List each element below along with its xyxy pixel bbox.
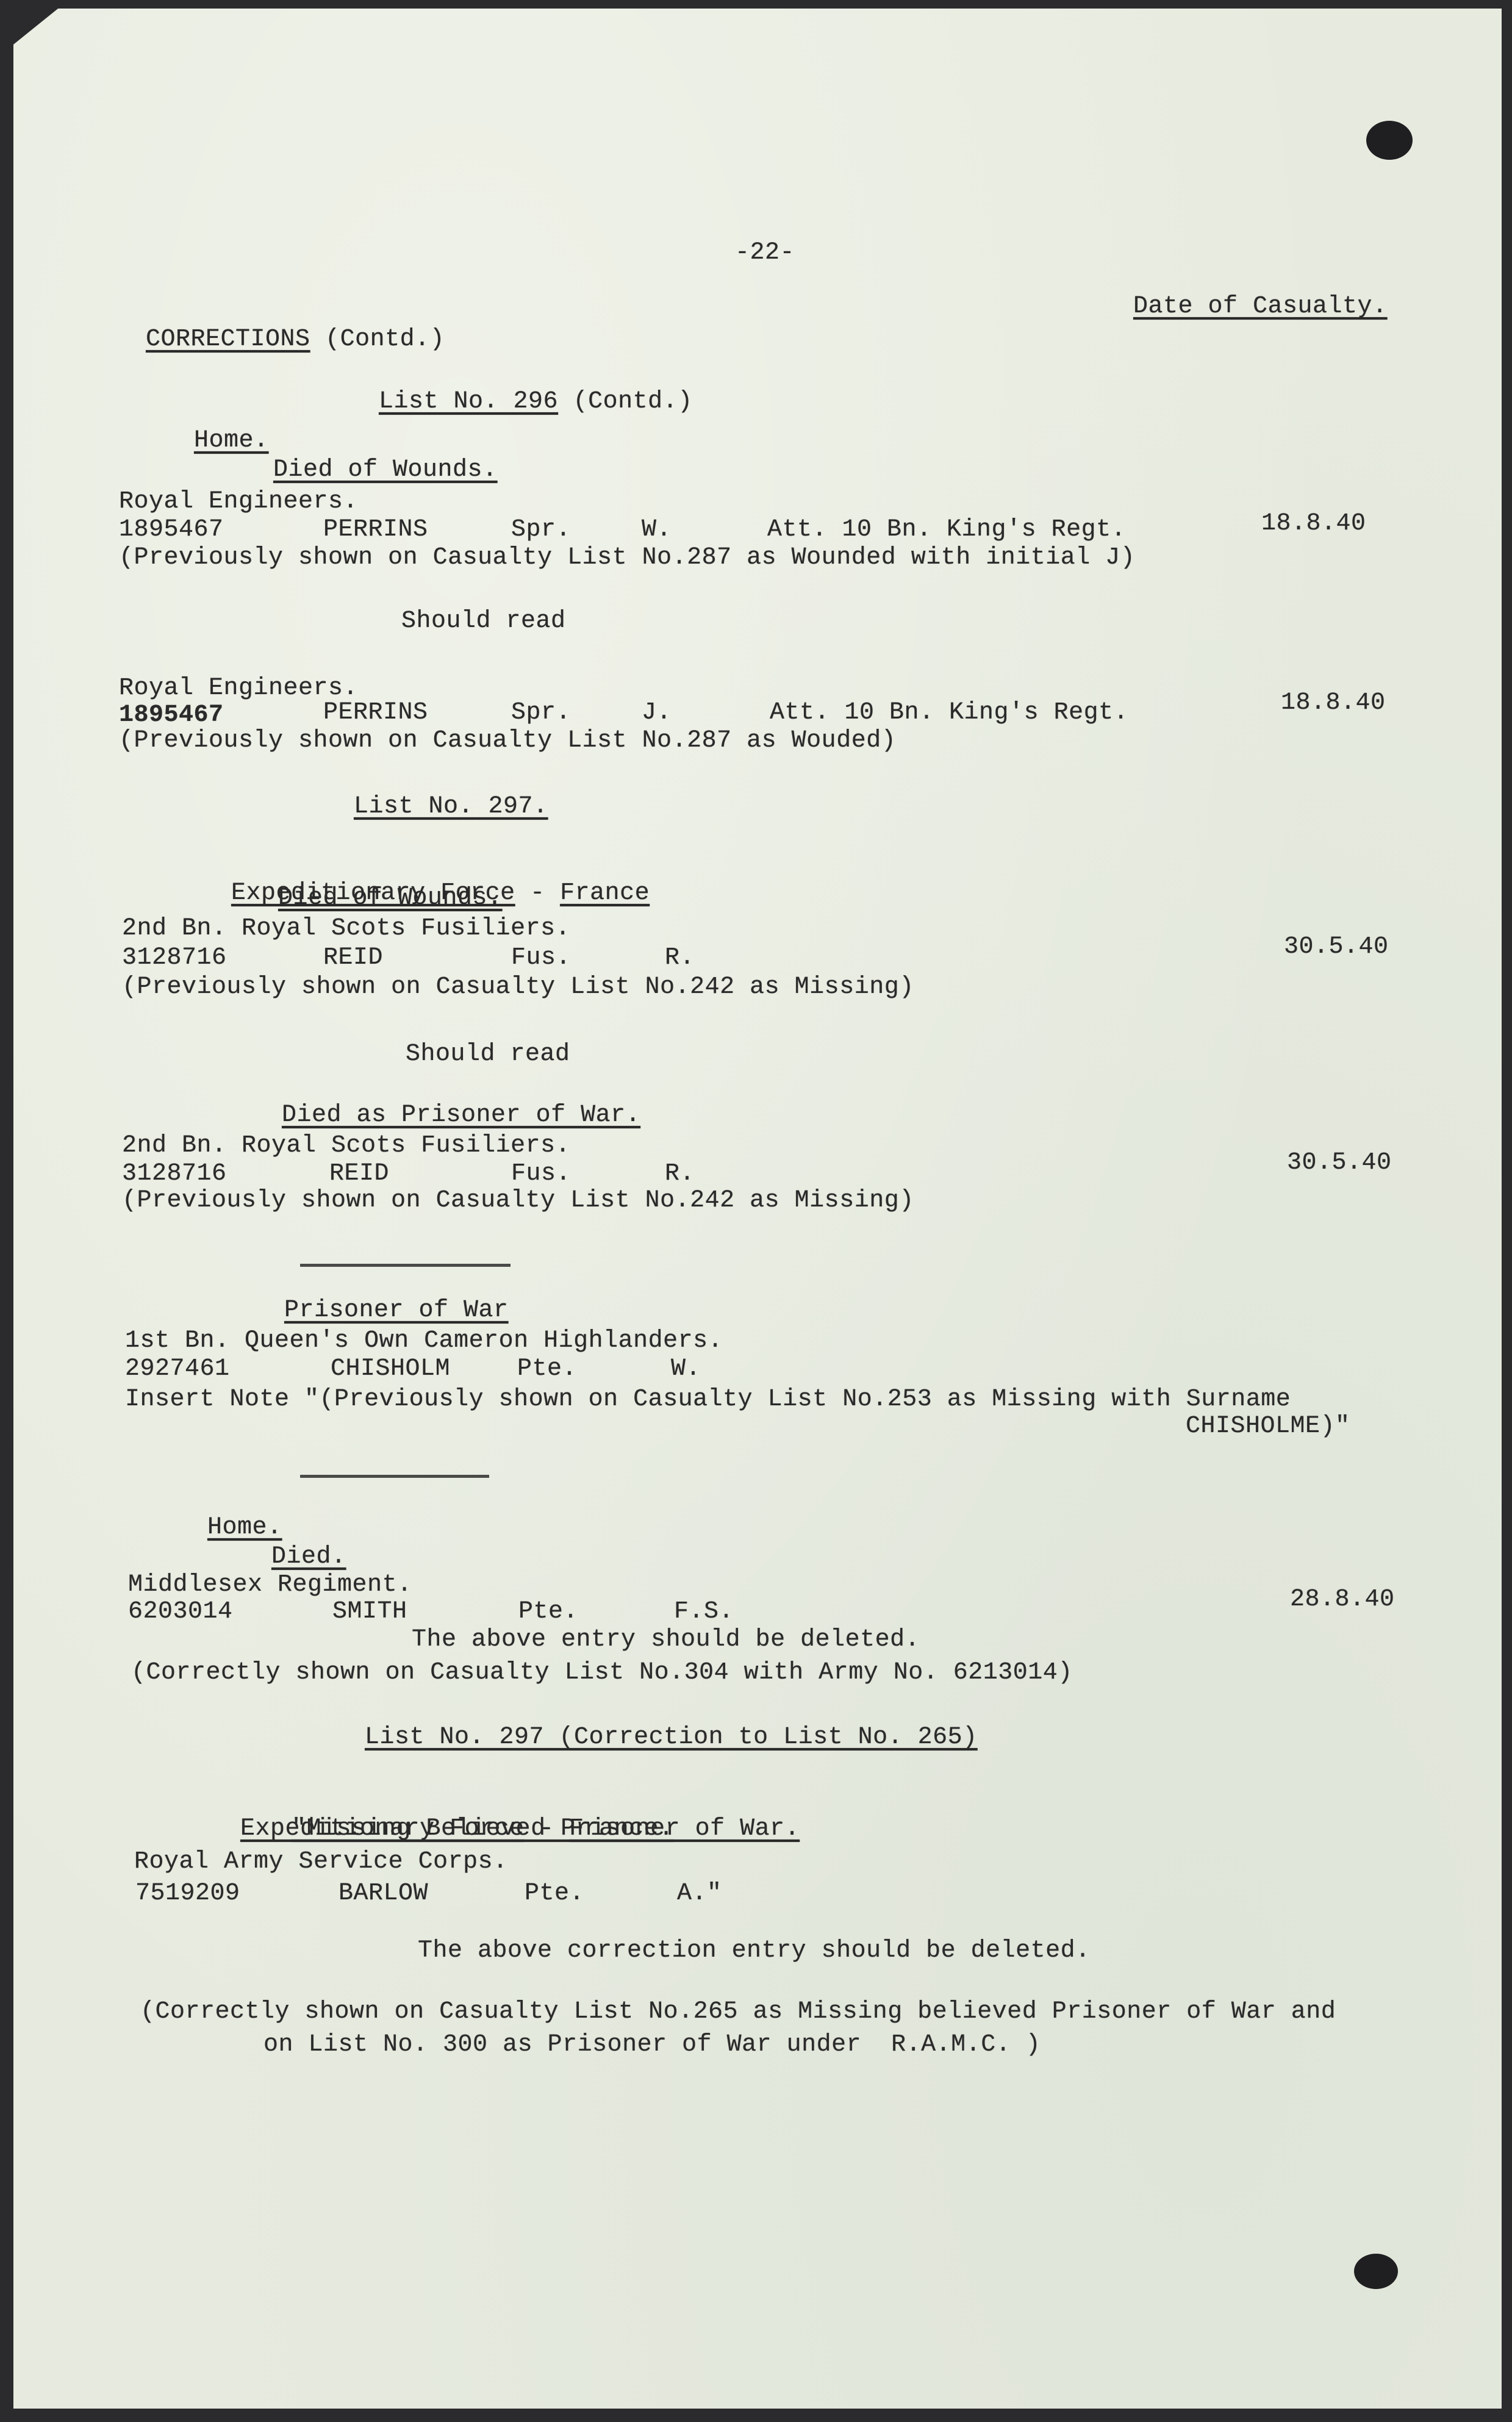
casualty-date: 28.8.40 [1290,1586,1395,1614]
page-number: -22- [735,239,795,267]
theatre-separator: - [515,880,561,907]
initials: W. [671,1355,701,1383]
theatre-home: Home. [194,427,269,455]
date-column-label: Date of Casualty. [1133,293,1388,321]
separator-rule [300,1264,511,1267]
list-296-suffix: (Contd.) [573,388,693,415]
surname: CHISHOLM [331,1355,450,1383]
should-read-label: Should read [406,1041,570,1069]
separator-rule [300,1475,489,1478]
list-296-label: List No. 296 [379,388,558,415]
casualty-date: 18.8.40 [1261,510,1366,538]
rank: Pte. [518,1598,578,1626]
previous-note: (Previously shown on Casualty List No.24… [122,973,914,1001]
surname: BARLOW [339,1880,428,1908]
category-died: Died. [271,1543,346,1571]
surname: PERRINS [323,516,428,544]
casualty-date: 18.8.40 [1281,689,1386,717]
theatre-country: France [560,880,650,907]
unit-label: 2nd Bn. Royal Scots Fusiliers. [122,1132,570,1160]
initials: R. [665,1160,695,1188]
surname: PERRINS [323,699,428,727]
correct-note: (Correctly shown on Casualty List No.265… [140,1998,1336,2026]
correct-note: (Correctly shown on Casualty List No.304… [131,1659,1073,1687]
surname: REID [329,1160,389,1188]
should-read-label: Should read [401,607,566,636]
rank: Spr. [511,516,571,544]
army-number: 3128716 [122,1160,227,1188]
previous-note: (Previously shown on Casualty List No.24… [122,1187,914,1215]
corrections-heading: CORRECTIONS [146,326,310,353]
insert-note-continued: CHISHOLME)" [1186,1413,1350,1441]
army-number: 7519209 [135,1880,240,1908]
category-died-as-pow: Died as Prisoner of War. [282,1102,640,1130]
list-297-heading: List No. 297. [354,793,548,821]
page-title: CORRECTIONS (Contd.) [116,298,445,354]
initials: J. [642,699,672,727]
initials: R. [665,944,695,972]
casualty-date: 30.5.40 [1287,1149,1392,1177]
deletion-instruction: The above correction entry should be del… [418,1937,1091,1965]
initials: F.S. [674,1598,734,1626]
casualty-date: 30.5.40 [1284,933,1389,961]
corrections-heading-suffix: (Contd.) [325,326,445,353]
punch-hole-top [1366,121,1413,160]
rank: Pte. [525,1880,584,1908]
initials: W. [642,516,672,544]
list-296-heading: List No. 296 (Contd.) [349,360,693,416]
previous-note: (Previously shown on Casualty List No.28… [119,544,1135,572]
rank: Fus. [511,1160,571,1188]
punch-hole-bottom [1354,2254,1398,2289]
correct-note-continued: on List No. 300 as Prisoner of War under… [263,2031,1041,2059]
rank: Fus. [511,944,571,972]
category-missing-believed-pow: "Missing Believed Prisoner of War. [292,1815,800,1843]
theatre-home: Home. [207,1514,282,1542]
attachment: Att. 10 Bn. King's Regt. [770,699,1128,727]
rank: Spr. [511,699,571,727]
rank: Pte. [517,1355,577,1383]
unit-label: Royal Engineers. [119,675,358,703]
category-died-of-wounds: Died of Wounds. [273,456,498,484]
army-number: 2927461 [125,1355,230,1383]
insert-note: Insert Note "(Previously shown on Casual… [125,1386,1291,1414]
unit-label: Royal Army Service Corps. [134,1848,508,1876]
deletion-instruction: The above entry should be deleted. [412,1626,920,1654]
army-number: 3128716 [122,944,227,972]
army-number: 6203014 [128,1598,233,1626]
surname: SMITH [332,1598,407,1626]
category-prisoner-of-war: Prisoner of War [284,1297,509,1325]
army-number: 1895467 [119,516,224,544]
previous-note: (Previously shown on Casualty List No.28… [119,727,896,755]
army-number: 1895467 [119,701,224,729]
unit-label: Royal Engineers. [119,488,358,516]
surname: REID [323,944,383,972]
unit-label: 2nd Bn. Royal Scots Fusiliers. [122,915,570,943]
list-297-correction-heading: List No. 297 (Correction to List No. 265… [365,1724,978,1752]
category-died-of-wounds: Died of Wounds. [278,884,503,912]
attachment: Att. 10 Bn. King's Regt. [767,516,1126,544]
initials: A." [677,1880,722,1908]
unit-label: Middlesex Regiment. [128,1571,412,1599]
unit-label: 1st Bn. Queen's Own Cameron Highlanders. [125,1327,723,1355]
